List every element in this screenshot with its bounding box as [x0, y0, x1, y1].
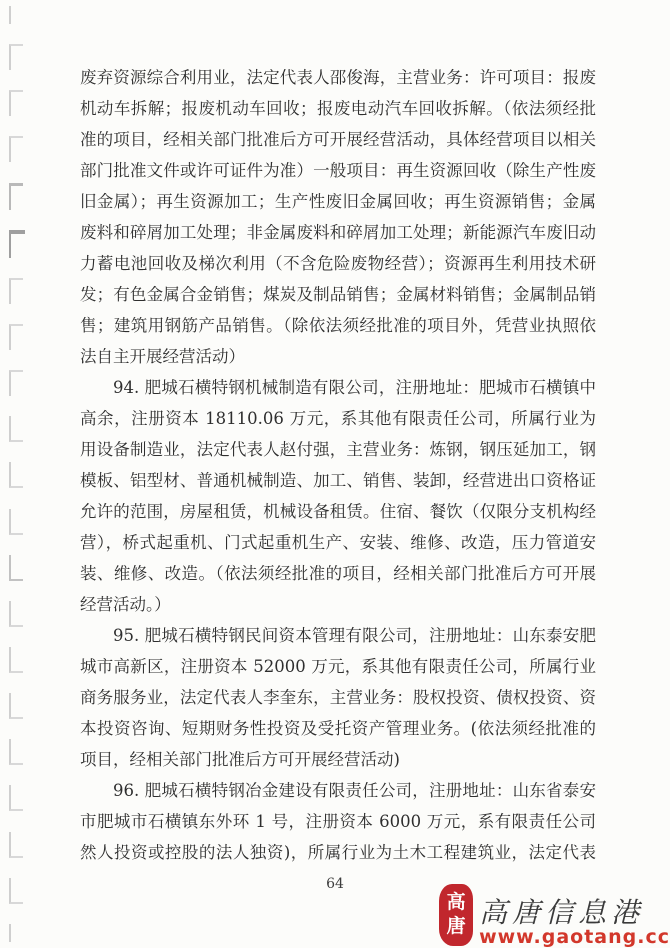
text-line: 高余，注册资本 18110.06 万元，系其他有限责任公司，所属行业为通: [80, 403, 596, 434]
document-page: 废弃资源综合利用业，法定代表人邵俊海，主营业务：许可项目：报废机动车拆解；报废机…: [0, 0, 670, 948]
binding-mark: [9, 230, 25, 258]
text-line: 用设备制造业，法定代表人赵付强，主营业务：炼钢，钢压延加工，钢: [80, 434, 596, 465]
binding-mark: [9, 555, 23, 581]
paragraph: 96. 肥城石横特钢冶金建设有限责任公司，注册地址：山东省泰安市肥城市石横镇东外…: [80, 775, 596, 868]
text-line: 发；有色金属合金销售；煤炭及制品销售；金属材料销售；金属制品销: [80, 279, 596, 310]
text-line: 商务服务业，法定代表人李奎东，主营业务：股权投资、债权投资、资: [80, 682, 596, 713]
text-line: 法自主开展经营活动）: [80, 341, 596, 372]
binding-mark: [9, 509, 23, 535]
binding-mark: [9, 785, 23, 811]
text-line: 准的项目，经相关部门批准后方可开展经营活动，具体经营项目以相关: [80, 124, 596, 155]
text-line: 营），桥式起重机、门式起重机生产、安装、维修、改造，压力管道安: [80, 527, 596, 558]
text-line: 96. 肥城石横特钢冶金建设有限责任公司，注册地址：山东省泰安: [80, 775, 596, 806]
paragraph: 94. 肥城石横特钢机械制造有限公司，注册地址：肥城市石横镇中高余，注册资本 1…: [80, 372, 596, 620]
binding-marks: [9, 6, 25, 942]
text-line: 94. 肥城石横特钢机械制造有限公司，注册地址：肥城市石横镇中: [80, 372, 596, 403]
text-line: 城市高新区，注册资本 52000 万元，系其他有限责任公司，所属行业为: [80, 651, 596, 682]
paragraph: 废弃资源综合利用业，法定代表人邵俊海，主营业务：许可项目：报废机动车拆解；报废机…: [80, 62, 596, 372]
site-watermark: 高 唐 高唐信息港 www.gaotang.cc: [439, 884, 670, 948]
binding-mark: [9, 370, 23, 396]
text-line: 废料和碎屑加工处理；非金属废料和碎屑加工处理；新能源汽车废旧动: [80, 217, 596, 248]
binding-mark: [9, 462, 23, 488]
text-line: 市肥城市石横镇东外环 1 号，注册资本 6000 万元，系有限责任公司(自: [80, 806, 596, 837]
text-line: 项目，经相关部门批准后方可开展经营活动): [80, 744, 596, 775]
text-line: 95. 肥城石横特钢民间资本管理有限公司，注册地址：山东泰安肥: [80, 620, 596, 651]
binding-mark: [9, 183, 23, 210]
watermark-site-name: 高唐信息港: [479, 897, 670, 929]
binding-mark: [9, 6, 23, 24]
binding-mark: [9, 324, 23, 350]
text-line: 机动车拆解；报废机动车回收；报废电动汽车回收拆解。（依法须经批: [80, 93, 596, 124]
watermark-site-url: www.gaotang.cc: [479, 926, 670, 948]
text-line: 本投资咨询、短期财务性投资及受托资产管理业务。(依法须经批准的: [80, 713, 596, 744]
binding-mark: [9, 278, 23, 304]
paragraph: 95. 肥城石横特钢民间资本管理有限公司，注册地址：山东泰安肥城市高新区，注册资…: [80, 620, 596, 775]
text-line: 力蓄电池回收及梯次利用（不含危险废物经营）；资源再生利用技术研: [80, 248, 596, 279]
binding-mark: [9, 924, 23, 942]
text-line: 允许的范围，房屋租赁，机械设备租赁。住宿、餐饮（仅限分支机构经: [80, 496, 596, 527]
text-line: 模板、铝型材、普通机械制造、加工、销售、装卸，经营进出口资格证: [80, 465, 596, 496]
seal-char-bottom: 唐: [447, 915, 466, 939]
binding-mark: [9, 601, 23, 627]
binding-mark: [9, 693, 23, 719]
text-line: 旧金属）；再生资源加工；生产性废旧金属回收；再生资源销售；金属: [80, 186, 596, 217]
binding-mark: [9, 647, 23, 673]
binding-mark: [9, 136, 23, 162]
binding-mark: [9, 832, 23, 858]
text-line: 然人投资或控股的法人独资)，所属行业为土木工程建筑业，法定代表: [80, 837, 596, 868]
text-line: 售；建筑用钢筋产品销售。（除依法须经批准的项目外，凭营业执照依: [80, 310, 596, 341]
text-line: 装、维修、改造。（依法须经批准的项目，经相关部门批准后方可开展: [80, 558, 596, 589]
text-line: 经营活动。）: [80, 589, 596, 620]
binding-mark: [9, 739, 23, 765]
seal-char-top: 高: [447, 891, 466, 915]
binding-mark: [9, 90, 23, 116]
text-line: 部门批准文件或许可证件为准）一般项目：再生资源回收（除生产性废: [80, 155, 596, 186]
binding-mark: [9, 44, 23, 70]
gaotang-seal-icon: 高 唐: [439, 884, 473, 946]
text-line: 废弃资源综合利用业，法定代表人邵俊海，主营业务：许可项目：报废: [80, 62, 596, 93]
binding-mark: [9, 416, 23, 442]
document-text: 废弃资源综合利用业，法定代表人邵俊海，主营业务：许可项目：报废机动车拆解；报废机…: [80, 62, 596, 868]
